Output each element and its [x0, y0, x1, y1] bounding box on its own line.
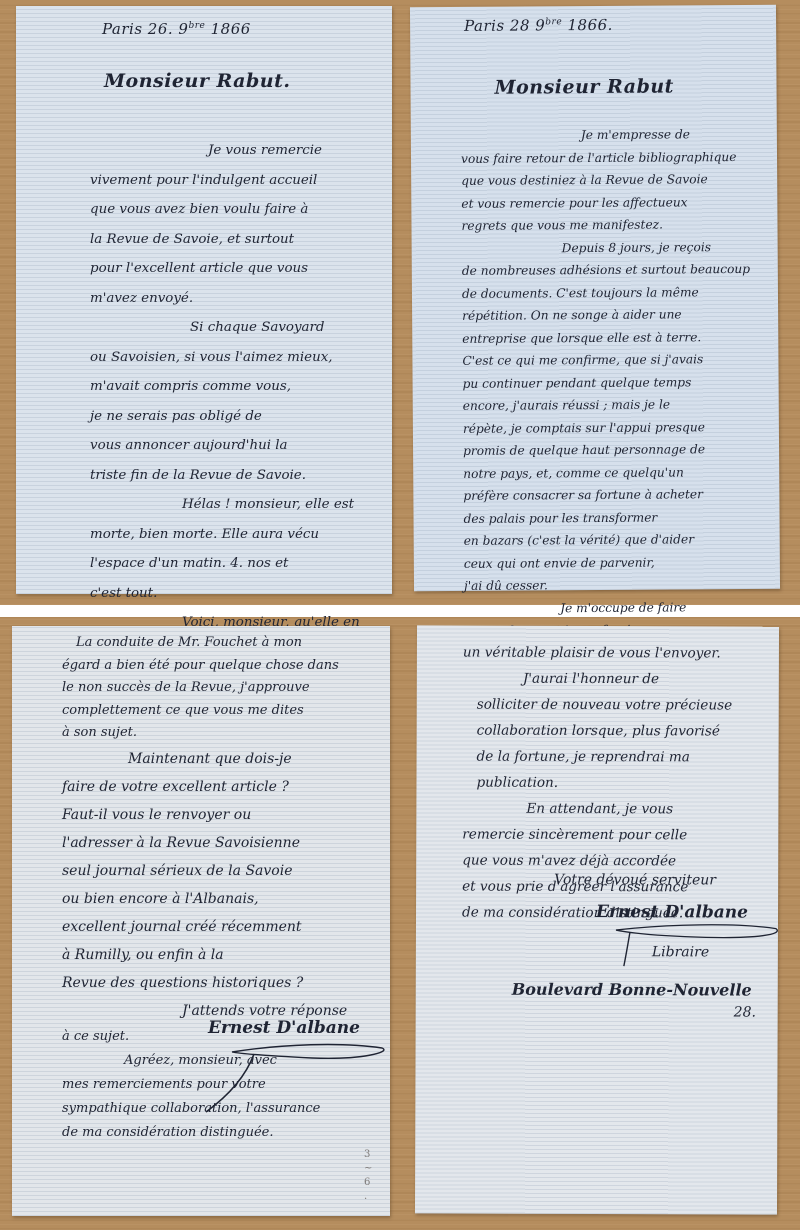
text-line: ceux qui ont envie de parvenir,: [464, 550, 752, 575]
text-line: Je m'occupe de faire: [464, 595, 752, 620]
text-line: un véritable plaisir de vous l'envoyer.: [463, 640, 732, 667]
letter-page-3: La conduite de Mr. Fouchet à mon égard a…: [12, 626, 390, 1216]
date-year: 1866.: [567, 16, 613, 34]
text-line: vivement pour l'indulgent accueil: [90, 166, 361, 196]
date-month-abbrev: bre: [188, 21, 205, 31]
signer-title: Libraire: [652, 944, 709, 960]
text-line: je ne serais pas obligé de: [90, 402, 361, 432]
text-line: Je m'empresse de: [461, 123, 749, 148]
text-line: à Rumilly, ou enfin à la: [62, 941, 347, 969]
text-line: seul journal sérieux de la Savoie: [62, 857, 347, 885]
text-line: En attendant, je vous: [462, 796, 731, 823]
text-line: notre pays, et, comme ce quelqu'un: [463, 460, 751, 485]
text-line: Faut-il vous le renvoyer ou: [62, 801, 347, 829]
salutation: Monsieur Rabut: [494, 75, 674, 98]
date-day-month: Paris 28 9: [464, 16, 545, 35]
letter-body: Je m'empresse de vous faire retour de l'…: [461, 123, 753, 642]
text-line: que vous m'avez déjà accordée: [462, 848, 731, 875]
text-line: et vous remercie pour les affectueux: [461, 190, 749, 215]
text-line: vous annoncer aujourd'hui la: [90, 431, 361, 461]
text-line: égard a bien été pour quelque chose dans: [62, 655, 347, 678]
text-line: en bazars (c'est la vérité) que d'aider: [464, 528, 752, 553]
text-line: La conduite de Mr. Fouchet à mon: [62, 632, 347, 655]
text-line: des palais pour les transformer: [463, 505, 751, 530]
text-line: m'avait compris comme vous,: [90, 372, 361, 402]
text-line: pour l'excellent article que vous: [90, 254, 361, 284]
text-line: Revue des questions historiques ?: [62, 969, 347, 997]
text-line: de documents. C'est toujours la même: [462, 280, 750, 305]
text-line: à son sujet.: [62, 722, 347, 745]
text-line: regrets que vous me manifestez.: [461, 213, 749, 238]
text-line: encore, j'aurais réussi ; mais je le: [463, 393, 751, 418]
letter-date: Paris 26. 9bre 1866: [102, 20, 251, 38]
text-line: m'avez envoyé.: [90, 284, 361, 314]
text-line: publication.: [462, 770, 731, 797]
signature-flourish: [192, 1038, 392, 1118]
text-line: le non succès de la Revue, j'approuve: [62, 677, 347, 700]
signature: Ernest D'albane: [208, 1018, 360, 1038]
text-line: ou bien encore à l'Albanais,: [62, 885, 347, 913]
text-line: complettement ce que vous me dites: [62, 700, 347, 723]
text-line: faire de votre excellent article ?: [62, 773, 347, 801]
text-line: remercie sincèrement pour celle: [462, 822, 731, 849]
text-line: triste fin de la Revue de Savoie.: [90, 461, 361, 491]
closing-line: Votre dévoué serviteur: [554, 872, 716, 889]
text-line: ou Savoisien, si vous l'aimez mieux,: [90, 343, 361, 373]
text-line: solliciter de nouveau votre précieuse: [463, 692, 732, 719]
text-line: répète, je comptais sur l'appui presque: [463, 415, 751, 440]
salutation: Monsieur Rabut.: [104, 70, 291, 92]
text-line: pu continuer pendant quelque temps: [463, 370, 751, 395]
fold-marks: 3 ~ 6 .: [364, 1148, 372, 1204]
text-line: Hélas ! monsieur, elle est: [90, 490, 361, 520]
date-month-abbrev: bre: [545, 17, 562, 27]
fold-mark: .: [364, 1190, 372, 1204]
text-line: J'aurai l'honneur de: [463, 666, 732, 693]
text-line: que vous destiniez à la Revue de Savoie: [461, 168, 749, 193]
text-line: promis de quelque haut personnage de: [463, 438, 751, 463]
fold-mark: 3: [364, 1148, 372, 1162]
text-line: la Revue de Savoie, et surtout: [90, 225, 361, 255]
text-line: j'ai dû cesser.: [464, 573, 752, 598]
text-line: l'adresser à la Revue Savoisienne: [62, 829, 347, 857]
text-line: vous faire retour de l'article bibliogra…: [461, 145, 749, 170]
address-number: 28.: [734, 1004, 756, 1020]
text-line: que vous avez bien voulu faire à: [90, 195, 361, 225]
text-line: préfère consacrer sa fortune à acheter: [463, 483, 751, 508]
text-line: répétition. On ne songe à aider une: [462, 303, 750, 328]
text-line: Maintenant que dois-je: [62, 745, 347, 773]
text-line: collaboration lorsque, plus favorisé: [463, 718, 732, 745]
text-line: c'est tout.: [90, 579, 361, 609]
fold-mark: ~: [364, 1162, 372, 1176]
text-line: de la fortune, je reprendrai ma: [463, 744, 732, 771]
address-street: Boulevard Bonne-Nouvelle: [512, 980, 752, 1000]
text-line: de ma considération distinguée.: [62, 1121, 347, 1145]
text-line: C'est ce qui me confirme, que si j'avais: [462, 348, 750, 373]
text-line: Depuis 8 jours, je reçois: [462, 235, 750, 260]
text-line: excellent journal créé récemment: [62, 913, 347, 941]
letter-page-1: Paris 26. 9bre 1866 Monsieur Rabut. Je v…: [16, 6, 392, 594]
text-line: morte, bien morte. Elle aura vécu: [90, 520, 361, 550]
text-line: Je vous remercie: [90, 136, 361, 166]
date-year: 1866: [211, 20, 251, 38]
fold-mark: 6: [364, 1176, 372, 1190]
text-line: entreprise que lorsque elle est à terre.: [462, 325, 750, 350]
date-day-month: Paris 26. 9: [102, 20, 188, 38]
letter-page-2: Paris 28 9bre 1866. Monsieur Rabut Je m'…: [410, 5, 780, 592]
text-line: de nombreuses adhésions et surtout beauc…: [462, 258, 750, 283]
letter-date: Paris 28 9bre 1866.: [464, 16, 613, 35]
text-line: Si chaque Savoyard: [90, 313, 361, 343]
text-line: l'espace d'un matin. 4. nos et: [90, 549, 361, 579]
letter-page-4: un véritable plaisir de vous l'envoyer. …: [415, 625, 779, 1214]
